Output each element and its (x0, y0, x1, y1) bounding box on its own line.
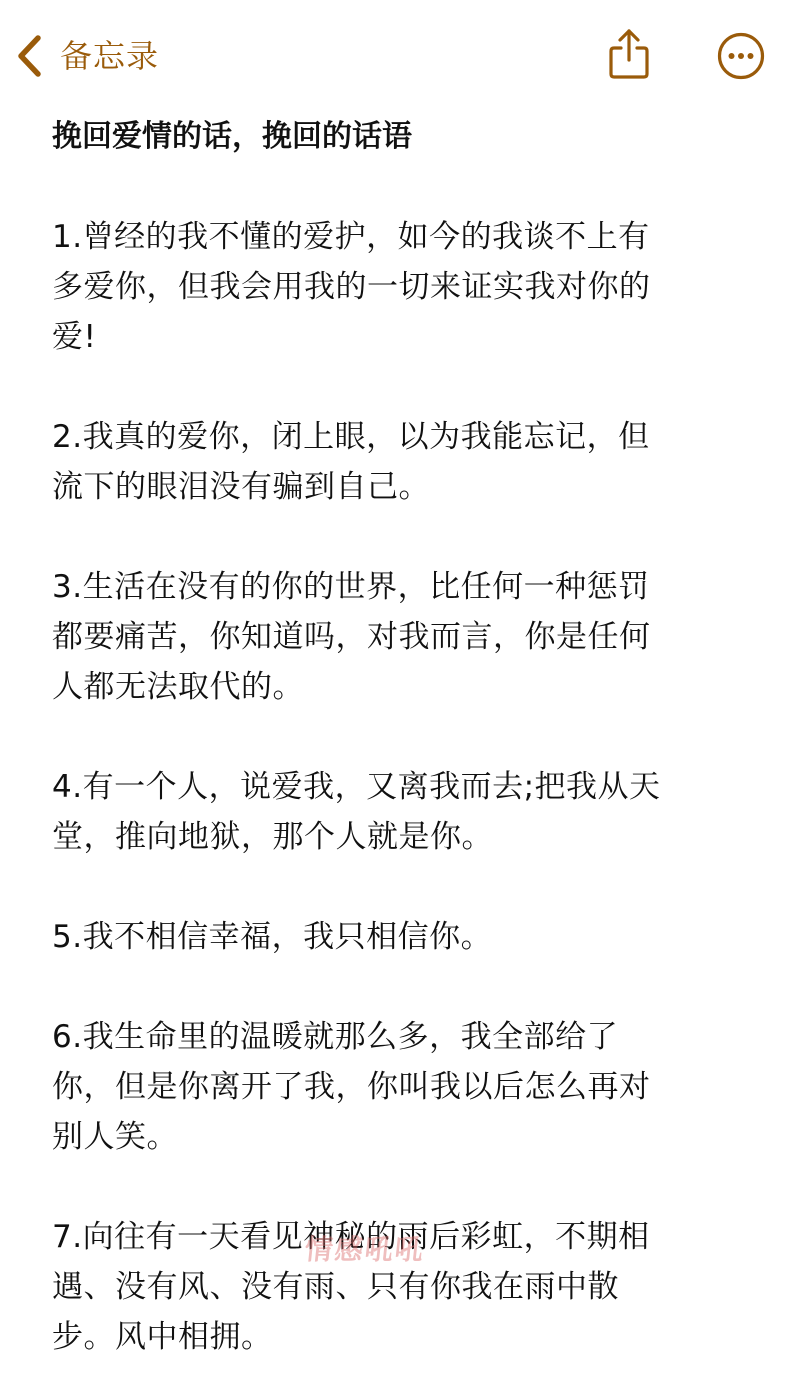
paragraph-line: 都要痛苦，你知道吗，对我而言，你是任何 (52, 612, 752, 662)
note-content[interactable]: 挽回爱情的话，挽回的话语 1.曾经的我不懂的爱护，如今的我谈不上有 多爱你，但我… (52, 112, 752, 1362)
paragraph-line: 1.曾经的我不懂的爱护，如今的我谈不上有 (52, 212, 752, 262)
paragraph-line: 2.我真的爱你，闭上眼，以为我能忘记，但 (52, 412, 752, 462)
back-label: 备忘录 (60, 34, 159, 78)
paragraph-line: 流下的眼泪没有骗到自己。 (52, 462, 752, 512)
paragraph-line: 3.生活在没有的你的世界，比任何一种惩罚 (52, 562, 752, 612)
note-paragraph-3: 3.生活在没有的你的世界，比任何一种惩罚 都要痛苦，你知道吗，对我而言，你是任何… (52, 562, 752, 712)
paragraph-line: 堂，推向地狱，那个人就是你。 (52, 812, 752, 862)
paragraph-line: 7.向往有一天看见神秘的雨后彩虹，不期相 (52, 1212, 752, 1262)
note-paragraph-4: 4.有一个人，说爱我，又离我而去;把我从天 堂，推向地狱，那个人就是你。 (52, 762, 752, 862)
paragraph-line: 5.我不相信幸福，我只相信你。 (52, 912, 752, 962)
paragraph-line: 遇、没有风、没有雨、只有你我在雨中散 (52, 1262, 752, 1312)
paragraph-line: 步。风中相拥。 (52, 1312, 752, 1362)
note-paragraph-6: 6.我生命里的温暖就那么多，我全部给了 你，但是你离开了我，你叫我以后怎么再对 … (52, 1012, 752, 1162)
paragraph-line: 别人笑。 (52, 1112, 752, 1162)
paragraph-line: 4.有一个人，说爱我，又离我而去;把我从天 (52, 762, 752, 812)
share-icon[interactable] (606, 28, 652, 80)
note-title: 挽回爱情的话，挽回的话语 (52, 112, 752, 162)
paragraph-line: 你，但是你离开了我，你叫我以后怎么再对 (52, 1062, 752, 1112)
navigation-bar: 备忘录 (0, 0, 800, 110)
paragraph-line: 人都无法取代的。 (52, 662, 752, 712)
note-paragraph-5: 5.我不相信幸福，我只相信你。 (52, 912, 752, 962)
paragraph-line: 爱! (52, 312, 752, 362)
paragraph-line: 6.我生命里的温暖就那么多，我全部给了 (52, 1012, 752, 1062)
note-paragraph-2: 2.我真的爱你，闭上眼，以为我能忘记，但 流下的眼泪没有骗到自己。 (52, 412, 752, 512)
chevron-left-icon (14, 34, 44, 78)
back-button[interactable]: 备忘录 (14, 30, 159, 82)
note-paragraph-7: 7.向往有一天看见神秘的雨后彩虹，不期相 遇、没有风、没有雨、只有你我在雨中散 … (52, 1212, 752, 1362)
note-paragraph-1: 1.曾经的我不懂的爱护，如今的我谈不上有 多爱你，但我会用我的一切来证实我对你的… (52, 212, 752, 362)
paragraph-line: 多爱你，但我会用我的一切来证实我对你的 (52, 262, 752, 312)
more-ellipsis-circle-icon[interactable] (716, 31, 766, 81)
